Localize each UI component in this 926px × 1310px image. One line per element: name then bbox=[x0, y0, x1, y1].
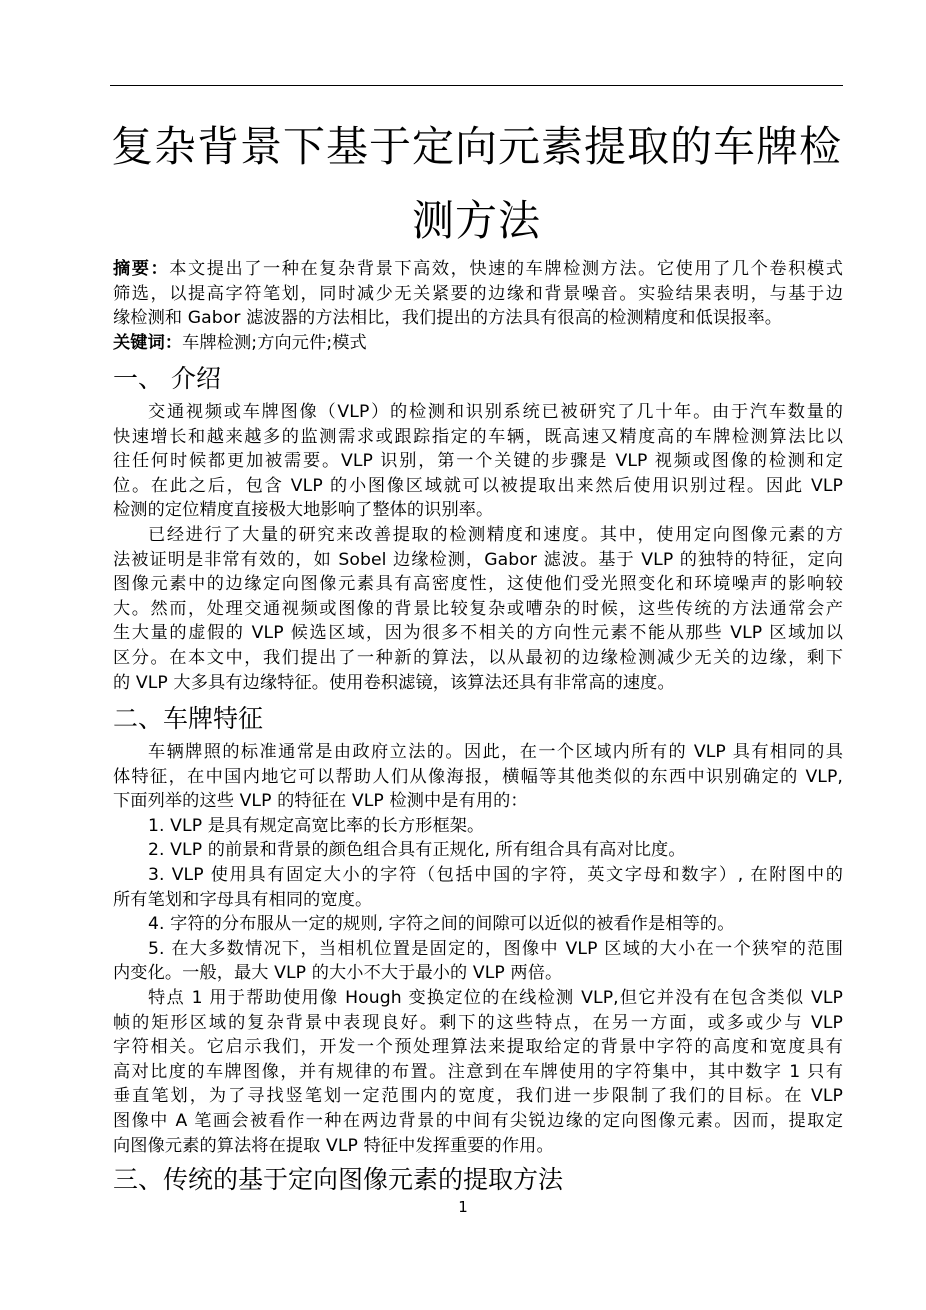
paragraph-line: 已经进行了大量的研究来改善提取的检测精度和速度。其中，使用定向图像元素的方 bbox=[113, 523, 843, 548]
section-heading-plate-features: 二、车牌特征 bbox=[113, 703, 843, 735]
paragraph-line: 帧的矩形区域的复杂背景中表现良好。剩下的这些特点，在另一方面，或多或少与 VLP bbox=[113, 1011, 843, 1036]
keywords-label: 关键词： bbox=[113, 333, 182, 353]
document-title-line-1: 复杂背景下基于定向元素提取的车牌检 bbox=[110, 122, 843, 172]
paragraph-line: 高对比度的车牌图像，并有规律的布置。注意到在车牌使用的字符集中，其中数字 1 只… bbox=[113, 1060, 843, 1085]
abstract-label: 摘要： bbox=[113, 259, 169, 279]
paragraph-line: 内变化。一般，最大 VLP 的大小不大于最小的 VLP 两倍。 bbox=[113, 961, 843, 986]
paragraph-line: 垂直笔划，为了寻找竖笔划一定范围内的宽度，我们进一步限制了我们的目标。在 VLP bbox=[113, 1084, 843, 1109]
section-heading-introduction: 一、 介绍 bbox=[113, 363, 843, 395]
paragraph-line: 大。然而，处理交通视频或图像的背景比较复杂或嘈杂的时候，这些传统的方法通常会产 bbox=[113, 597, 843, 622]
paragraph-line: 3. VLP 使用具有固定大小的字符（包括中国的字符，英文字母和数字）, 在附图… bbox=[113, 863, 843, 888]
page-number: 1 bbox=[0, 1198, 926, 1216]
paragraph-line: 往任何时候都更加被需要。VLP 识别，第一个关键的步骤是 VLP 视频或图像的检… bbox=[113, 449, 843, 474]
paragraph-line: 下面列举的这些 VLP 的特征在 VLP 检测中是有用的： bbox=[113, 789, 843, 814]
paragraph-line: 检测的定位精度直接极大地影响了整体的识别率。 bbox=[113, 498, 843, 523]
paragraph-line: 法被证明是非常有效的，如 Sobel 边缘检测，Gabor 滤波。基于 VLP … bbox=[113, 548, 843, 573]
keywords-text: 车牌检测;方向元件;模式 bbox=[182, 333, 367, 353]
paragraph-line: 图像元素中的边缘定向图像元素具有高密度性，这使他们受光照变化和环境噪声的影响较 bbox=[113, 572, 843, 597]
section-body-plate-features: 车辆牌照的标准通常是由政府立法的。因此，在一个区域内所有的 VLP 具有相同的具… bbox=[113, 740, 843, 1158]
paragraph-line: 体特征，在中国内地它可以帮助人们从像海报，横幅等其他类似的东西中识别确定的 VL… bbox=[113, 765, 843, 790]
document-page: 复杂背景下基于定向元素提取的车牌检 测方法 摘要：本文提出了一种在复杂背景下高效… bbox=[0, 0, 926, 1310]
abstract-block: 摘要：本文提出了一种在复杂背景下高效，快速的车牌检测方法。它使用了几个卷积模式 … bbox=[113, 257, 843, 355]
section-body-introduction: 交通视频或车牌图像（VLP）的检测和识别系统已被研究了几十年。由于汽车数量的快速… bbox=[113, 400, 843, 695]
paragraph-line: 车辆牌照的标准通常是由政府立法的。因此，在一个区域内所有的 VLP 具有相同的具 bbox=[113, 740, 843, 765]
paragraph-line: 快速增长和越来越多的监测需求或跟踪指定的车辆，既高速又精度高的车牌检测算法比以 bbox=[113, 425, 843, 450]
paragraph-line: 交通视频或车牌图像（VLP）的检测和识别系统已被研究了几十年。由于汽车数量的 bbox=[113, 400, 843, 425]
paragraph-line: 特点 1 用于帮助使用像 Hough 变换定位的在线检测 VLP,但它并没有在包… bbox=[113, 986, 843, 1011]
paragraph-line: 所有笔划和字母具有相同的宽度。 bbox=[113, 888, 843, 913]
paragraph-line: 位。在此之后，包含 VLP 的小图像区域就可以被提取出来然后使用识别过程。因此 … bbox=[113, 474, 843, 499]
abstract-line: 摘要：本文提出了一种在复杂背景下高效，快速的车牌检测方法。它使用了几个卷积模式 bbox=[113, 257, 843, 282]
paragraph-line: 2. VLP 的前景和背景的颜色组合具有正规化, 所有组合具有高对比度。 bbox=[113, 838, 843, 863]
paragraph-line: 5. 在大多数情况下，当相机位置是固定的，图像中 VLP 区域的大小在一个狭窄的… bbox=[113, 937, 843, 962]
paragraph-line: 区分。在本文中，我们提出了一种新的算法，以从最初的边缘检测减少无关的边缘，剩下 bbox=[113, 646, 843, 671]
header-rule bbox=[110, 85, 843, 86]
paragraph-line: 1. VLP 是具有规定高宽比率的长方形框架。 bbox=[113, 814, 843, 839]
paragraph-line: 4. 字符的分布服从一定的规则, 字符之间的间隙可以近似的被看作是相等的。 bbox=[113, 912, 843, 937]
paragraph-line: 生大量的虚假的 VLP 候选区域，因为很多不相关的方向性元素不能从那些 VLP … bbox=[113, 621, 843, 646]
keywords-line: 关键词：车牌检测;方向元件;模式 bbox=[113, 331, 843, 356]
paragraph-line: 字符相关。它启示我们，开发一个预处理算法来提取给定的背景中字符的高度和宽度具有 bbox=[113, 1035, 843, 1060]
section-heading-traditional-methods: 三、传统的基于定向图像元素的提取方法 bbox=[113, 1164, 843, 1196]
paragraph-line: 的 VLP 大多具有边缘特征。使用卷积滤镜，该算法还具有非常高的速度。 bbox=[113, 671, 843, 696]
abstract-line: 缘检测和 Gabor 滤波器的方法相比，我们提出的方法具有很高的检测精度和低误报… bbox=[113, 306, 843, 331]
document-title-line-2: 测方法 bbox=[110, 196, 843, 246]
abstract-line: 筛选，以提高字符笔划，同时减少无关紧要的边缘和背景噪音。实验结果表明，与基于边 bbox=[113, 282, 843, 307]
paragraph-line: 图像中 A 笔画会被看作一种在两边背景的中间有尖锐边缘的定向图像元素。因而，提取… bbox=[113, 1109, 843, 1134]
paragraph-line: 向图像元素的算法将在提取 VLP 特征中发挥重要的作用。 bbox=[113, 1134, 843, 1159]
